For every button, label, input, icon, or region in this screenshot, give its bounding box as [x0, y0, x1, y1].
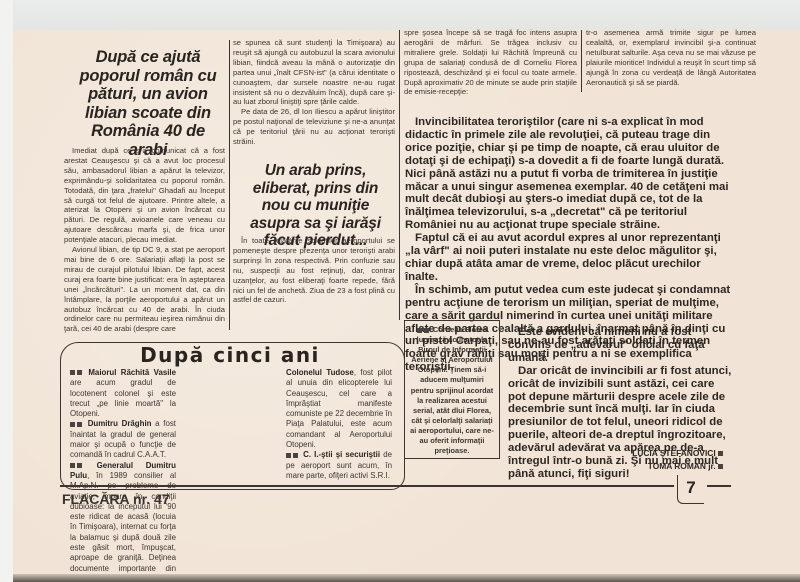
follow-up-col-1: Maiorul Răchită Vasile are acum gradul d…	[70, 368, 176, 582]
follow-up-item-name: Dumitru Drăghin	[88, 419, 152, 428]
page-number: 7	[677, 475, 704, 504]
follow-up-item: Dumitru Drăghin a fost înaintat la gradu…	[70, 419, 176, 460]
author-name: TOMA ROMAN jr.	[648, 461, 716, 471]
column4-paragraph: tr-o asemenea armă trimite sigur pe lume…	[586, 28, 756, 87]
column3-top-text: spre şosea începe să se tragă foc intens…	[404, 28, 577, 97]
footer-rule-right	[707, 485, 731, 487]
article1-paragraph: Imediat după ce s-a comunicat că a fost …	[64, 146, 225, 245]
masthead-issue: FLACĂRA nr. 47	[62, 491, 170, 507]
end-square-icon	[718, 451, 723, 456]
acknowledgment-box: Corneliu Florea lucrează acum tot la Bir…	[404, 320, 500, 459]
main-paragraph: Este evident că nimeni nu a fost convins…	[508, 326, 732, 365]
main-paragraph: Invincibilitatea teroriştilor (care ni s…	[405, 116, 735, 232]
follow-up-item: C. I.-ştii şi securiştii de pe aeroport …	[286, 450, 392, 481]
bullet-square-icon	[70, 370, 75, 375]
follow-up-item-name: Maiorul Răchită Vasile	[88, 368, 176, 377]
article1-cont-paragraph: Pe data de 26, dl Ion Iliescu a apărut l…	[233, 107, 395, 147]
article1-body: Imediat după ce s-a comunicat că a fost …	[64, 146, 225, 334]
follow-up-col-3: Colonelul Tudose, fost pilot al unuia di…	[286, 368, 392, 481]
article1-cont-paragraph: se spunea că sunt studenţi la Timişoara)…	[233, 38, 395, 107]
article1-continuation: se spunea că sunt studenţi la Timişoara)…	[233, 38, 395, 147]
follow-up-box-title: După cinci ani	[75, 343, 385, 367]
footer-rule-left	[60, 485, 674, 487]
scan-background-top	[0, 0, 800, 30]
bullet-square-icon	[70, 422, 75, 427]
follow-up-item-text: are acum gradul de locotenent colonel şi…	[70, 378, 176, 418]
follow-up-item-name: C. I.-ştii şi securiştii	[303, 450, 380, 459]
column-divider	[399, 30, 400, 320]
article1-headline: După ce ajută poporul român cu pături, u…	[72, 48, 224, 160]
scan-background-bottom	[13, 574, 800, 582]
acknowledgment-lead: Corneliu Florea	[433, 325, 487, 334]
bullet-square-icon	[286, 453, 291, 458]
column-divider	[229, 40, 230, 330]
article2-body: În toate relatările soldaţilor aeroportu…	[233, 236, 395, 305]
bullet-square-icon	[70, 463, 75, 468]
column3-paragraph: spre şosea începe să se tragă foc intens…	[404, 28, 577, 97]
follow-up-item: Colonelul Tudose, fost pilot al unuia di…	[286, 368, 392, 450]
follow-up-item: Maiorul Răchită Vasile are acum gradul d…	[70, 368, 176, 419]
column-divider	[581, 30, 582, 92]
bullet-square-icon	[77, 463, 82, 468]
end-square-icon	[718, 464, 723, 469]
byline-author-1: LUCIA ŞTEFANOVICI	[600, 448, 725, 458]
follow-up-item: Generalul Dumitru Pulu, în 1989 consilie…	[70, 461, 176, 582]
article1-paragraph: Avionul libian, de tip DC 9, a stat pe a…	[64, 245, 225, 334]
column4-top-text: tr-o asemenea armă trimite sigur pe lume…	[586, 28, 756, 87]
bullet-square-icon	[77, 422, 82, 427]
follow-up-item-text: , în 1989 consilier al M.Ap.N. pe proble…	[70, 471, 176, 582]
follow-up-item-text: , fost pilot al unuia din elicopterele l…	[286, 368, 392, 449]
main-paragraph: Faptul că ei au avut acordul expres al u…	[405, 232, 735, 284]
scan-background-left	[0, 0, 13, 582]
bullet-square-icon	[417, 328, 422, 333]
bullet-square-icon	[77, 370, 82, 375]
acknowledgment-text: lucrează acum tot la Biroul de Informaţi…	[410, 335, 494, 455]
byline-author-2: TOMA ROMAN jr.	[600, 461, 725, 471]
bullet-square-icon	[293, 453, 298, 458]
follow-up-item-name: Colonelul Tudose	[286, 368, 354, 377]
author-name: LUCIA ŞTEFANOVICI	[632, 448, 715, 458]
bullet-square-icon	[424, 328, 429, 333]
article2-paragraph: În toate relatările soldaţilor aeroportu…	[233, 236, 395, 305]
